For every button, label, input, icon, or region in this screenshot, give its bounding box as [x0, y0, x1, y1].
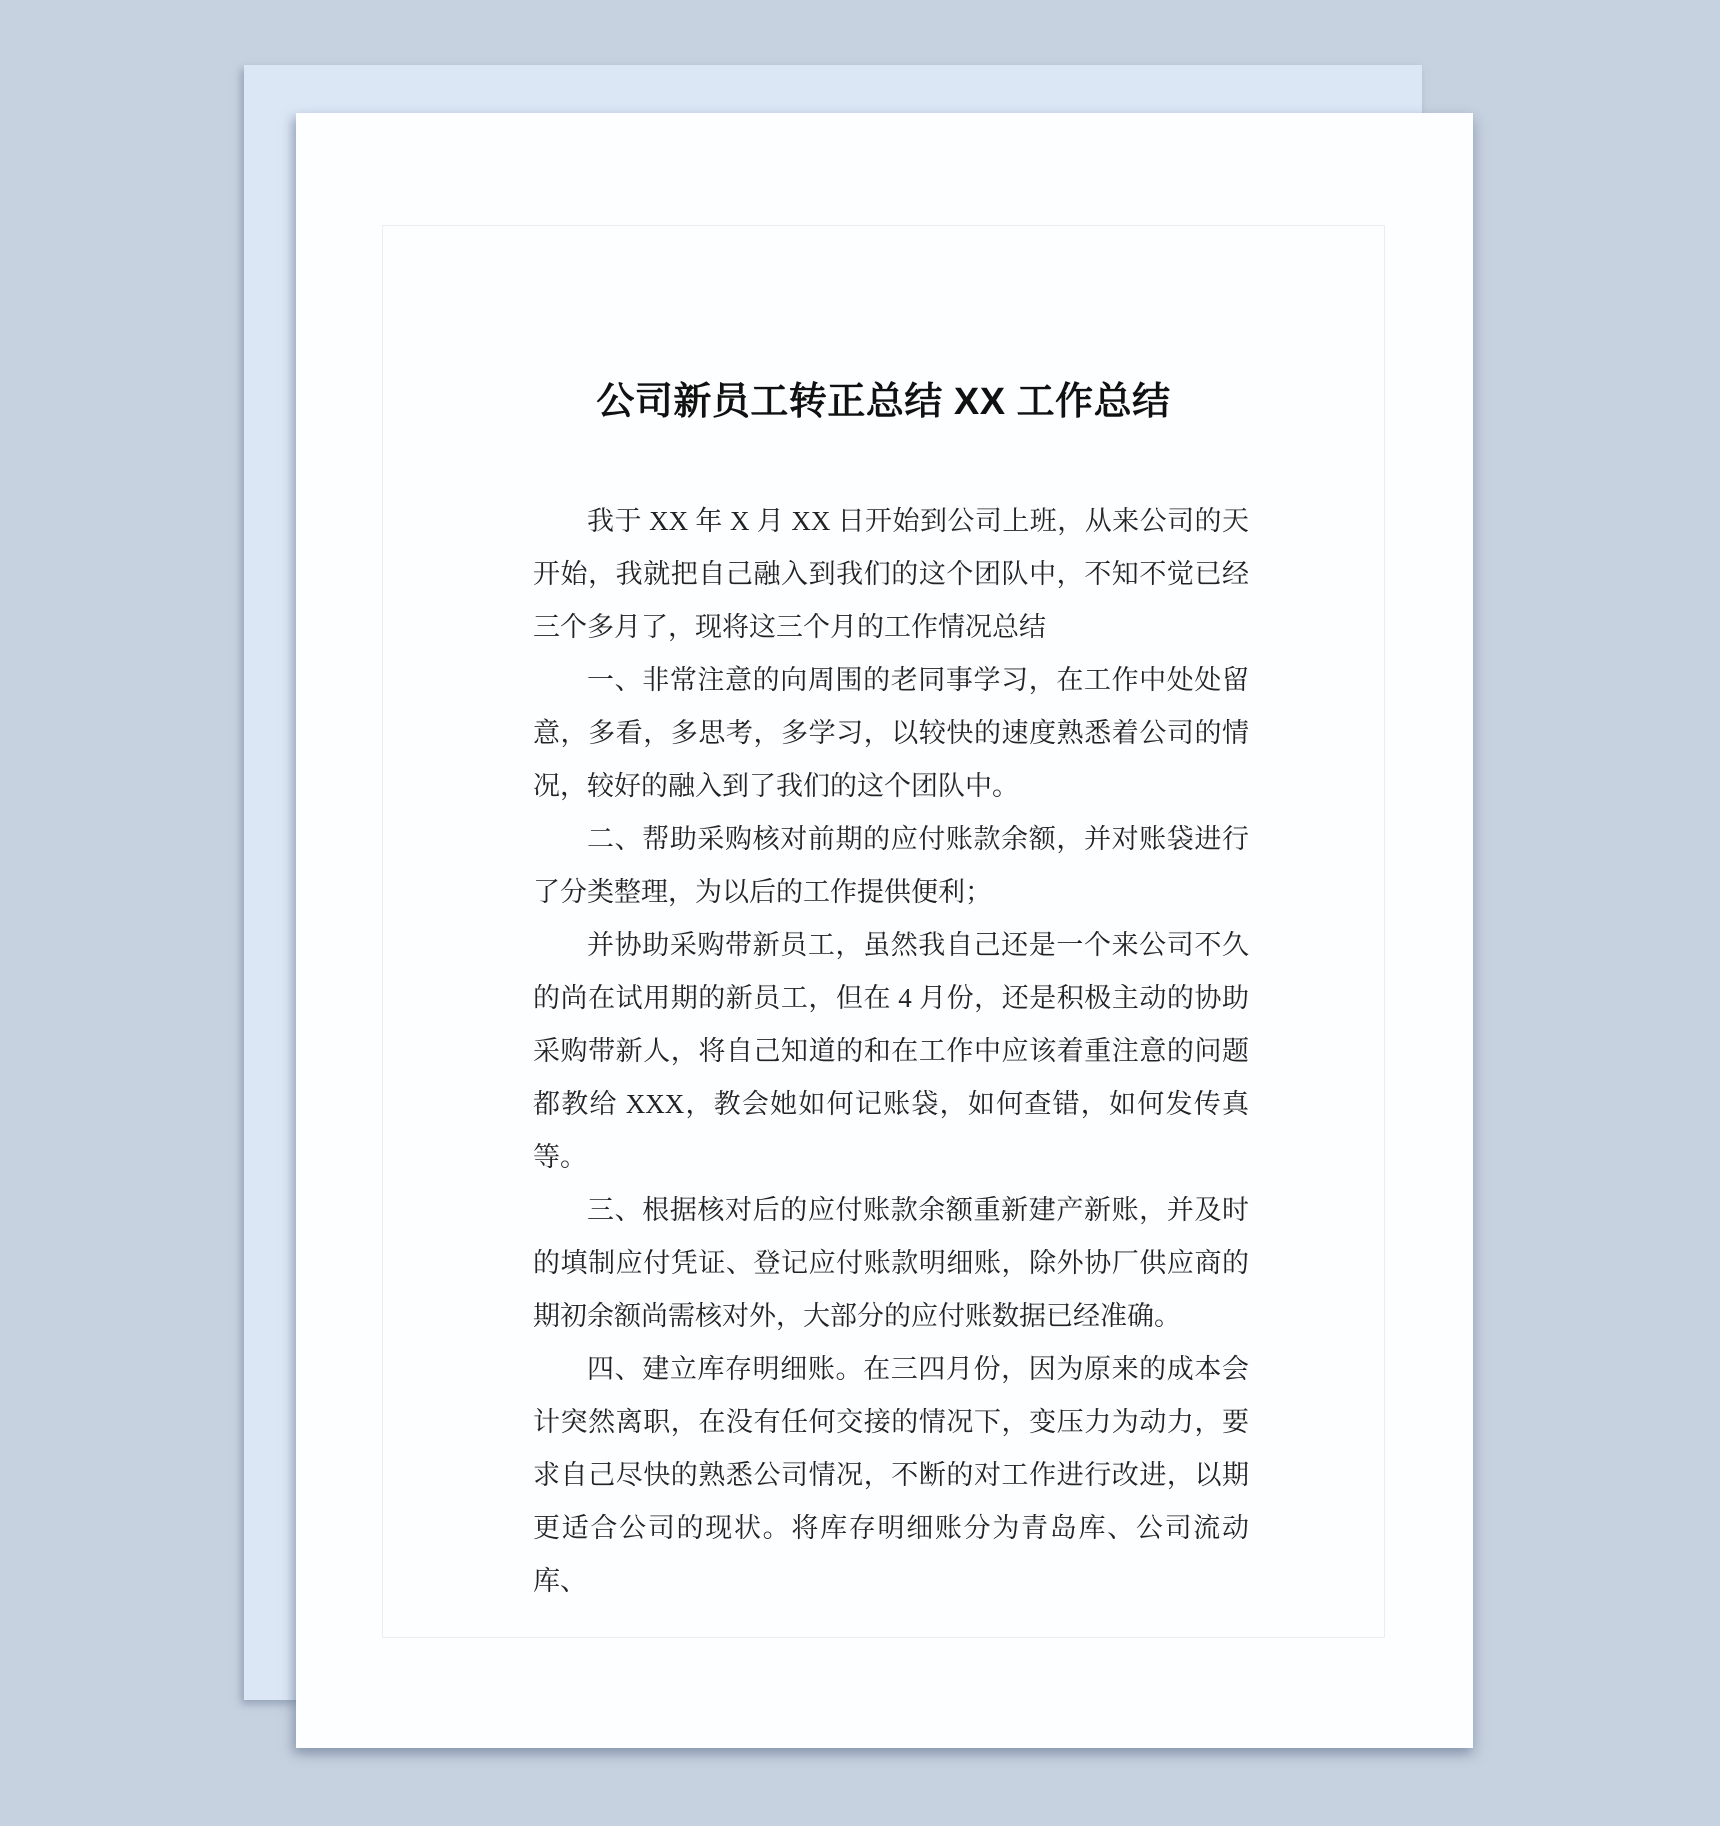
document-title: 公司新员工转正总结 XX 工作总结	[383, 378, 1384, 426]
document-body: 我于 XX 年 X 月 XX 日开始到公司上班，从来公司的天开始，我就把自己融入…	[533, 495, 1249, 1608]
paragraph: 一、非常注意的向周围的老同事学习，在工作中处处留意，多看，多思考，多学习，以较快…	[533, 654, 1249, 813]
document-page: 公司新员工转正总结 XX 工作总结 我于 XX 年 X 月 XX 日开始到公司上…	[296, 113, 1473, 1748]
paragraph: 我于 XX 年 X 月 XX 日开始到公司上班，从来公司的天开始，我就把自己融入…	[533, 495, 1249, 654]
paragraph: 二、帮助采购核对前期的应付账款余额，并对账袋进行了分类整理，为以后的工作提供便利…	[533, 813, 1249, 919]
paragraph: 三、根据核对后的应付账款余额重新建产新账，并及时的填制应付凭证、登记应付账款明细…	[533, 1184, 1249, 1343]
content-frame: 公司新员工转正总结 XX 工作总结 我于 XX 年 X 月 XX 日开始到公司上…	[382, 225, 1385, 1638]
paragraph: 并协助采购带新员工，虽然我自己还是一个来公司不久的尚在试用期的新员工，但在 4 …	[533, 919, 1249, 1184]
canvas-background: 公司新员工转正总结 XX 工作总结 我于 XX 年 X 月 XX 日开始到公司上…	[0, 0, 1720, 1826]
paragraph: 四、建立库存明细账。在三四月份，因为原来的成本会计突然离职，在没有任何交接的情况…	[533, 1343, 1249, 1608]
